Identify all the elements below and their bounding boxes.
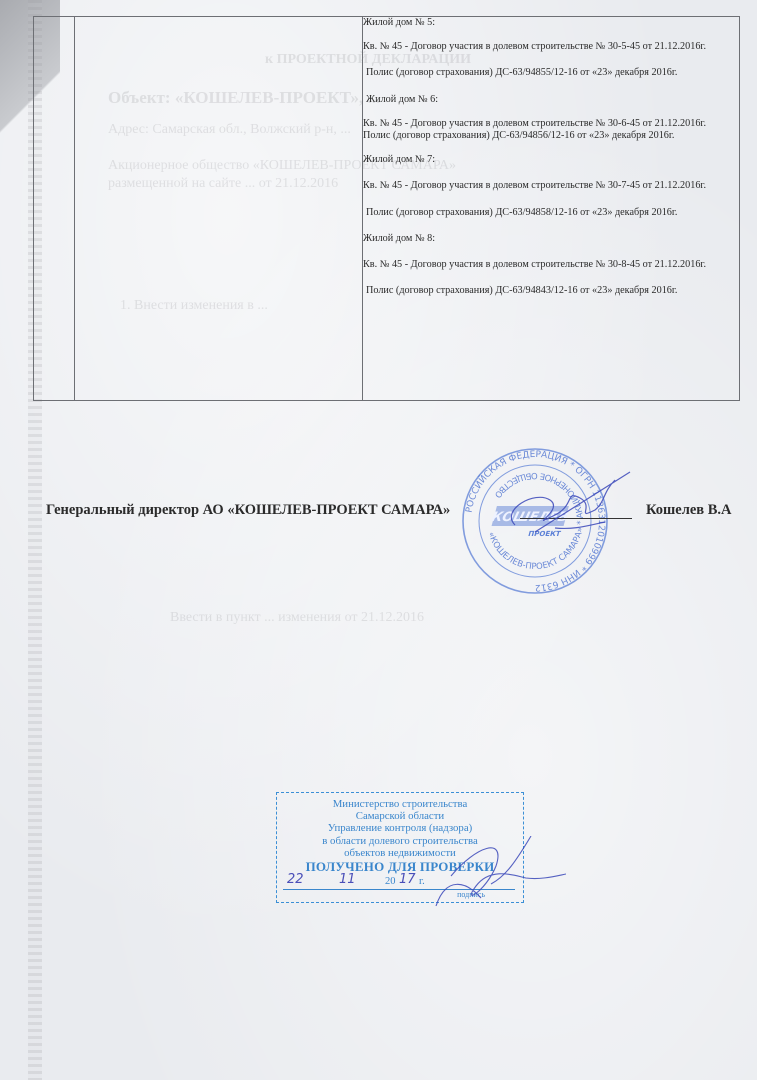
contract-text: Кв. № 45 - Договор участия в долевом стр… <box>363 118 739 142</box>
stamp-line: Самарской области <box>277 810 523 822</box>
table-row: Жилой дом № 5: Кв. № 45 - Договор участи… <box>34 17 740 401</box>
signatory-title: Генеральный директор АО «КОШЕЛЕВ-ПРОЕКТ … <box>46 502 450 519</box>
ghost-text: Ввести в пункт ... изменения от 21.12.20… <box>170 610 424 626</box>
contracts-table: Жилой дом № 5: Кв. № 45 - Договор участи… <box>33 16 740 401</box>
scanned-page: к ПРОЕКТНОЙ ДЕКЛАРАЦИИ Объект: «КОШЕЛЕВ-… <box>0 0 757 1080</box>
stamp-line: Управление контроля (надзора) <box>277 822 523 834</box>
contract-text: Кв. № 45 - Договор участия в долевом стр… <box>363 180 739 192</box>
policy-text: Полис (договор страхования) ДС-63/94843/… <box>363 285 739 297</box>
policy-text: Полис (договор страхования) ДС-63/94855/… <box>363 67 739 79</box>
stamp-line: Министерство строительства <box>277 798 523 810</box>
house-heading: Жилой дом № 8: <box>363 233 739 245</box>
stamp-signature <box>276 836 566 926</box>
house-heading: Жилой дом № 6: <box>363 94 739 106</box>
table-cell-contracts: Жилой дом № 5: Кв. № 45 - Договор участи… <box>363 17 740 401</box>
house-heading: Жилой дом № 5: <box>363 17 739 29</box>
table-cell-label <box>75 17 363 401</box>
contract-text: Кв. № 45 - Договор участия в долевом стр… <box>363 41 739 53</box>
contract-text: Кв. № 45 - Договор участия в долевом стр… <box>363 259 739 271</box>
house-heading: Жилой дом № 7: <box>363 154 739 166</box>
signatory-name: Кошелев В.А <box>646 502 732 519</box>
policy-text: Полис (договор страхования) ДС-63/94858/… <box>363 207 739 219</box>
handwritten-signature <box>495 470 635 550</box>
table-cell-index <box>34 17 75 401</box>
